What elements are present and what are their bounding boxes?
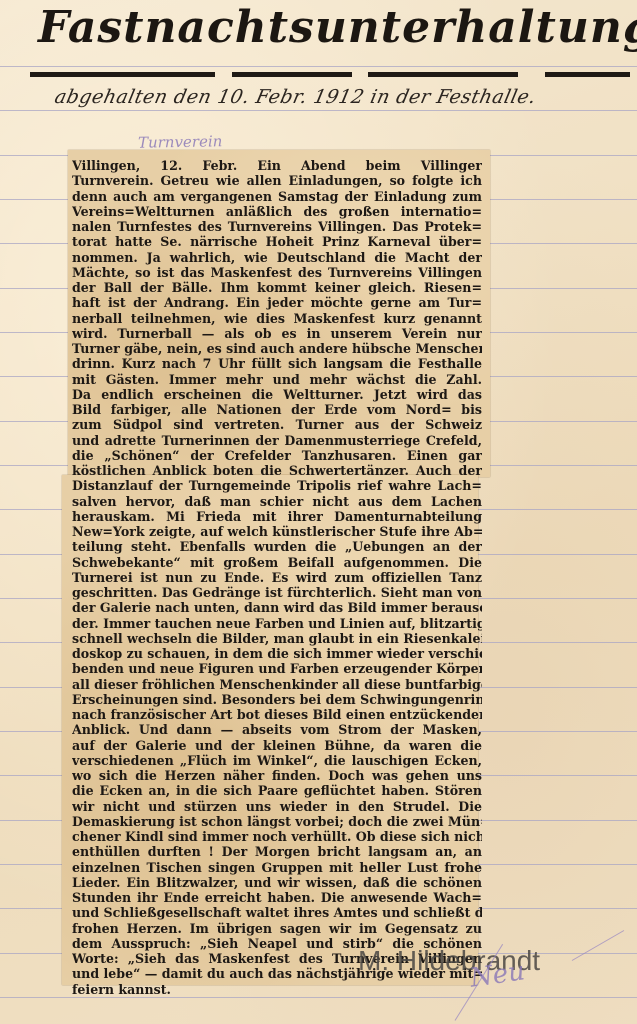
- article-line: und adrette Turnerinnen der Damenmusterr…: [72, 433, 482, 448]
- article-line: benden und neue Figuren und Farben erzeu…: [72, 661, 482, 676]
- article-line: die Ecken an, in die sich Paare geflücht…: [72, 783, 482, 798]
- article-line: doskop zu schauen, in dem die sich immer…: [72, 646, 482, 661]
- title-underline: [368, 72, 518, 77]
- title-underline: [30, 72, 215, 77]
- article-line: der. Immer tauchen neue Farben und Linie…: [72, 616, 482, 631]
- article-line: Anblick. Und dann — abseits vom Strom de…: [72, 722, 482, 737]
- article-line: all dieser fröhlichen Menschenkinder all…: [72, 677, 482, 692]
- article-line: nach französischer Art bot dieses Bild e…: [72, 707, 482, 722]
- article-line: New=York zeigte, auf welch künstlerische…: [72, 524, 482, 539]
- article-line: wird. Turnerball — als ob es in unserem …: [72, 326, 482, 341]
- article-line: nommen. Ja wahrlich, wie Deutschland die…: [72, 250, 482, 265]
- pencil-stroke: [572, 930, 624, 961]
- article-line: Lieder. Ein Blitzwalzer, und wir wissen,…: [72, 875, 482, 890]
- article-line: herauskam. Mi Frieda mit ihrer Damenturn…: [72, 509, 482, 524]
- article-line: der Ball der Bälle. Ihm kommt keiner gle…: [72, 280, 482, 295]
- article-line: Vereins=Weltturnen anläßlich des großen …: [72, 204, 482, 219]
- article-line: teilung steht. Ebenfalls wurden die „Ueb…: [72, 539, 482, 554]
- article-line: einzelnen Tischen singen Gruppen mit hel…: [72, 860, 482, 875]
- article-line: nalen Turnfestes des Turnvereins Villing…: [72, 219, 482, 234]
- newspaper-article: Villingen, 12. Febr. Ein Abend beim Vill…: [72, 158, 482, 997]
- article-line: feiern kannst.: [72, 982, 482, 997]
- article-line: köstlichen Anblick boten die Schwertertä…: [72, 463, 482, 478]
- article-line: Bild farbiger, alle Nationen der Erde vo…: [72, 402, 482, 417]
- article-line: Distanzlauf der Turngemeinde Tripolis ri…: [72, 478, 482, 493]
- article-line: Stunden ihr Ende erreicht haben. Die anw…: [72, 890, 482, 905]
- article-line: torat hatte Se. närrische Hoheit Prinz K…: [72, 234, 482, 249]
- article-line: nerball teilnehmen, wie dies Maskenfest …: [72, 311, 482, 326]
- article-line: salven hervor, daß man schier nicht aus …: [72, 494, 482, 509]
- article-line: zum Südpol sind vertreten. Turner aus de…: [72, 417, 482, 432]
- page-title: Fastnachtsunterhaltung: [38, 2, 598, 72]
- pencil-signature: Neu: [468, 956, 527, 993]
- article-line: drinn. Kurz nach 7 Uhr füllt sich langsa…: [72, 356, 482, 371]
- article-line: Mächte, so ist das Maskenfest des Turnve…: [72, 265, 482, 280]
- article-line: schnell wechseln die Bilder, man glaubt …: [72, 631, 482, 646]
- article-line: wo sich die Herzen näher finden. Doch wa…: [72, 768, 482, 783]
- article-line: verschiedenen „Flüch im Winkel“, die lau…: [72, 753, 482, 768]
- subtitle: abgehalten den 10. Febr. 1912 in der Fes…: [53, 86, 637, 108]
- article-line: Da endlich erscheinen die Weltturner. Je…: [72, 387, 482, 402]
- article-line: Demaskierung ist schon längst vorbei; do…: [72, 814, 482, 829]
- article-line: wir nicht und stürzen uns wieder in den …: [72, 799, 482, 814]
- article-line: geschritten. Das Gedränge ist fürchterli…: [72, 585, 482, 600]
- pencil-annotation: Turnverein: [138, 132, 223, 151]
- article-line: denn auch am vergangenen Samstag der Ein…: [72, 189, 482, 204]
- article-line: Erscheinungen sind. Besonders bei dem Sc…: [72, 692, 482, 707]
- article-line: auf der Galerie und der kleinen Bühne, d…: [72, 738, 482, 753]
- article-line: die „Schönen“ der Crefelder Tanzhusaren.…: [72, 448, 482, 463]
- article-line: Villingen, 12. Febr. Ein Abend beim Vill…: [72, 158, 482, 173]
- article-line: mit Gästen. Immer mehr und mehr wächst d…: [72, 372, 482, 387]
- article-line: Turner gäbe, nein, es sind auch andere h…: [72, 341, 482, 356]
- article-line: Schwebekante“ mit großem Beifall aufgeno…: [72, 555, 482, 570]
- title-underline: [232, 72, 352, 77]
- article-line: Turnverein. Getreu wie allen Einladungen…: [72, 173, 482, 188]
- article-line: enthüllen durften ! Der Morgen bricht la…: [72, 844, 482, 859]
- article-line: der Galerie nach unten, dann wird das Bi…: [72, 600, 482, 615]
- title-underline: [545, 72, 630, 77]
- article-line: und Schließgesellschaft waltet ihres Amt…: [72, 905, 482, 920]
- ruled-line: [0, 997, 637, 998]
- ruled-line: [0, 110, 637, 111]
- article-line: Turnerei ist nun zu Ende. Es wird zum of…: [72, 570, 482, 585]
- article-line: haft ist der Andrang. Ein jeder möchte g…: [72, 295, 482, 310]
- article-line: frohen Herzen. Im übrigen sagen wir im G…: [72, 921, 482, 936]
- article-line: chener Kindl sind immer noch verhüllt. O…: [72, 829, 482, 844]
